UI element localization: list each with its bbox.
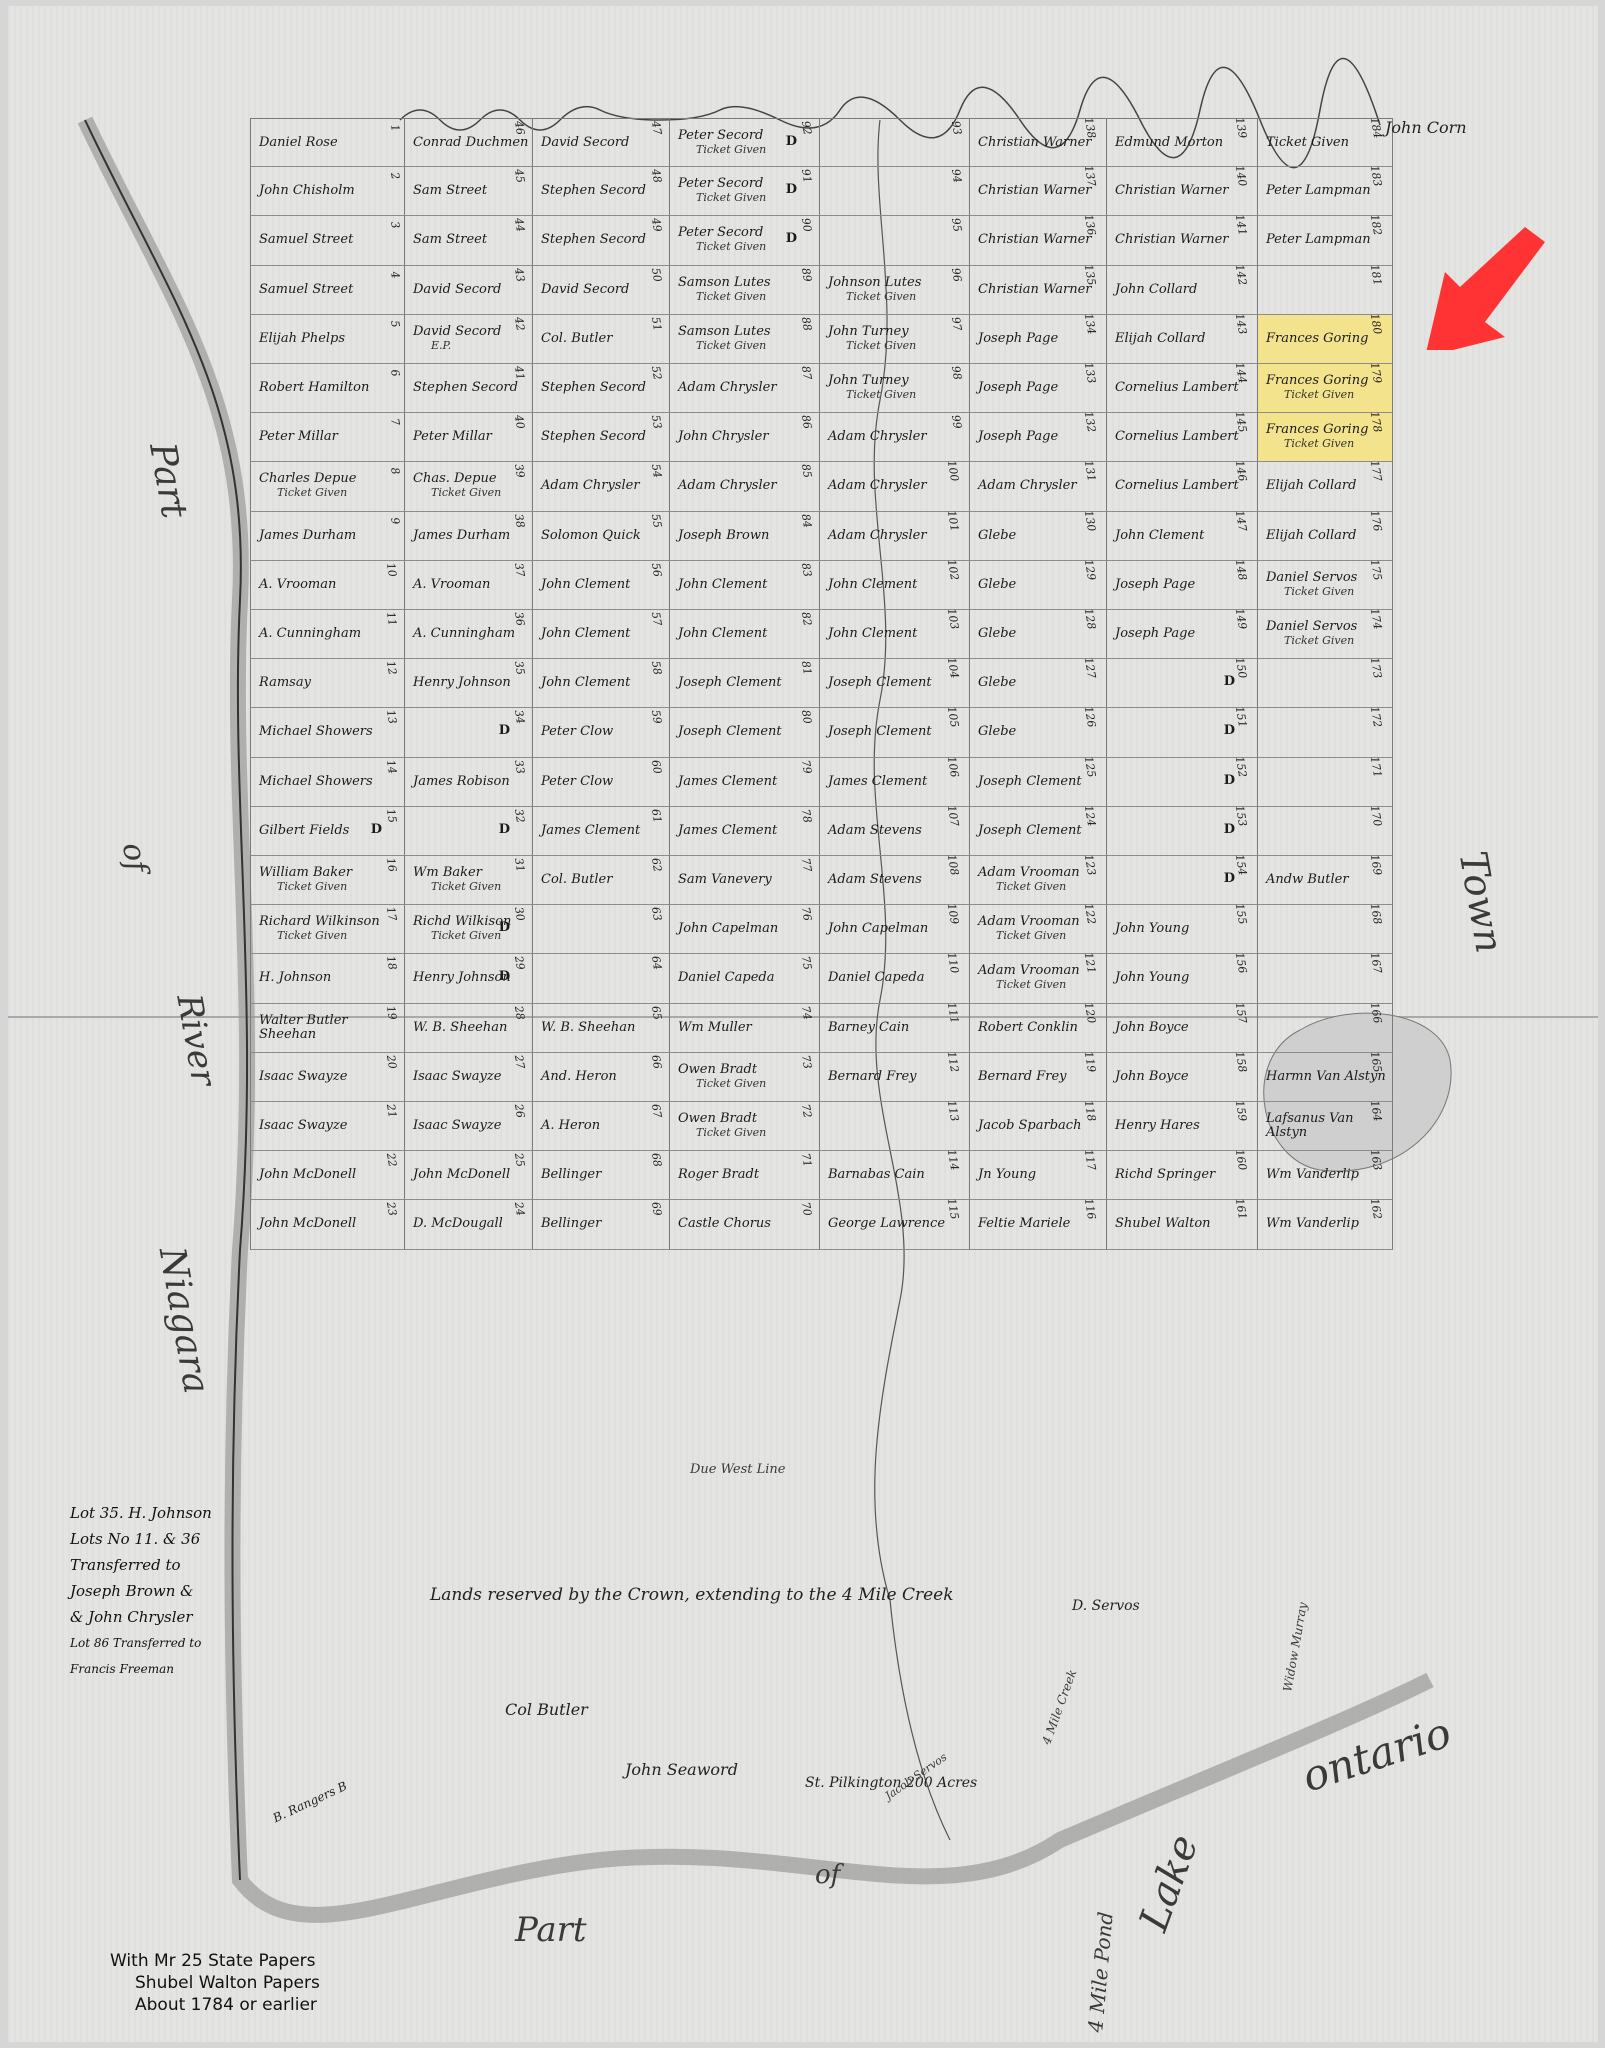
- lot-owner: Richard Wilkinson: [259, 915, 404, 929]
- lot-cell: 55Solomon Quick: [533, 512, 670, 561]
- lot-cell: 166: [1258, 1004, 1393, 1053]
- lot-cell: 22John McDonell: [250, 1151, 405, 1200]
- lot-cell: 21Isaac Swayze: [250, 1102, 405, 1151]
- lot-owner: Henry Johnson: [413, 971, 532, 985]
- lot-owner: Col. Butler: [541, 332, 669, 346]
- lot-cell: 156John Young: [1107, 954, 1258, 1003]
- lot-number: 137: [1081, 165, 1098, 188]
- lot-cell: 5Elijah Phelps: [250, 315, 405, 364]
- d-servos-label: D. Servos: [1072, 1598, 1140, 1614]
- lot-number: 134: [1081, 312, 1098, 335]
- lot-cell: 40Peter Millar: [405, 413, 533, 462]
- deed-mark: D: [1224, 774, 1235, 788]
- lot-number: 131: [1081, 460, 1098, 483]
- lot-number: 101: [944, 509, 961, 532]
- lot-owner: W. B. Sheehan: [541, 1021, 669, 1035]
- lot-note: Ticket Given: [678, 290, 819, 304]
- lot-owner: David Secord: [413, 283, 532, 297]
- lot-owner: Joseph Brown: [678, 529, 819, 543]
- lot-number: 139: [1232, 116, 1249, 139]
- lot-cell: 162Wm Vanderlip: [1258, 1200, 1393, 1249]
- lot-cell: 114Barnabas Cain: [820, 1151, 970, 1200]
- lot-number: 52: [648, 365, 664, 381]
- lot-number: 112: [944, 1050, 961, 1073]
- lot-number: 113: [944, 1099, 961, 1122]
- lot-cell: 93: [820, 118, 970, 167]
- lot-number: 54: [648, 463, 664, 479]
- lot-number: 127: [1081, 657, 1098, 680]
- lot-number: 35: [511, 660, 527, 676]
- lot-number: 29: [511, 955, 527, 971]
- lot-note: Ticket Given: [678, 1077, 819, 1091]
- lot-owner: John Clement: [678, 627, 819, 641]
- lot-number: 108: [944, 853, 961, 876]
- lot-owner: David Secord: [541, 283, 669, 297]
- lot-owner: Bellinger: [541, 1168, 669, 1182]
- lot-number: 88: [798, 316, 814, 332]
- lot-note: Ticket Given: [678, 143, 819, 157]
- red-arrow-icon: [1405, 220, 1555, 350]
- deed-mark: D: [499, 921, 510, 935]
- lot-owner: Samuel Street: [259, 283, 404, 297]
- lot-number: 128: [1081, 607, 1098, 630]
- lot-cell: 83John Clement: [670, 561, 820, 610]
- deed-mark: D: [786, 135, 797, 149]
- lot-cell: 145Cornelius Lambert: [1107, 413, 1258, 462]
- lot-number: 111: [944, 1001, 961, 1024]
- lot-number: 84: [798, 512, 814, 528]
- lot-number: 43: [511, 266, 527, 282]
- lot-cell: 116Feltie Mariele: [970, 1200, 1107, 1249]
- lot-number: 48: [648, 168, 664, 184]
- lot-cell: 72Owen BradtTicket Given: [670, 1102, 820, 1151]
- lot-number: 64: [648, 955, 664, 971]
- lot-cell: 12Ramsay: [250, 659, 405, 708]
- lot-cell: 172: [1258, 708, 1393, 757]
- lot-owner: John Chrysler: [678, 430, 819, 444]
- lot-owner: Sam Street: [413, 184, 532, 198]
- lot-number: 9: [387, 516, 402, 525]
- lot-cell: 29Henry JohnsonD: [405, 954, 533, 1003]
- lot-number: 60: [648, 758, 664, 774]
- lot-number: 162: [1367, 1198, 1384, 1221]
- lot-owner: James Clement: [541, 824, 669, 838]
- lot-number: 102: [944, 558, 961, 581]
- lot-number: 18: [383, 955, 399, 971]
- lot-cell: 17Richard WilkinsonTicket Given: [250, 905, 405, 954]
- lot-number: 70: [798, 1201, 814, 1217]
- lot-number: 171: [1367, 755, 1384, 778]
- lot-number: 7: [387, 418, 402, 427]
- lot-owner: James Durham: [259, 529, 404, 543]
- lot-cell: 20Isaac Swayze: [250, 1053, 405, 1102]
- lot-cell: 7Peter Millar: [250, 413, 405, 462]
- lot-number: 69: [648, 1201, 664, 1217]
- lot-cell: 77Sam Vanevery: [670, 856, 820, 905]
- lot-cell: 112Bernard Frey: [820, 1053, 970, 1102]
- lot-number: 19: [383, 1004, 399, 1020]
- lot-number: 57: [648, 611, 664, 627]
- lot-owner: Peter Secord: [678, 226, 819, 240]
- lot-number: 179: [1367, 361, 1384, 384]
- lot-owner: James Clement: [678, 824, 819, 838]
- lot-note: Ticket Given: [1266, 634, 1392, 648]
- lot-cell: 120Robert Conklin: [970, 1004, 1107, 1053]
- lot-number: 44: [511, 217, 527, 233]
- lot-number: 140: [1232, 165, 1249, 188]
- lot-owner: Roger Bradt: [678, 1168, 819, 1182]
- lot-note: Ticket Given: [1266, 437, 1392, 451]
- lot-note: Ticket Given: [828, 388, 969, 402]
- lot-cell: 64: [533, 954, 670, 1003]
- lot-cell: 49Stephen Secord: [533, 216, 670, 265]
- lot-number: 155: [1232, 903, 1249, 926]
- lot-cell: 67A. Heron: [533, 1102, 670, 1151]
- lot-note: Ticket Given: [413, 486, 532, 500]
- lot-cell: 56John Clement: [533, 561, 670, 610]
- lot-number: 138: [1081, 116, 1098, 139]
- lot-cell: 161Shubel Walton: [1107, 1200, 1258, 1249]
- lot-cell: 125Joseph Clement: [970, 758, 1107, 807]
- lot-number: 174: [1367, 607, 1384, 630]
- lot-owner: Conrad Duchmen: [413, 136, 532, 150]
- lot-cell: 142John Collard: [1107, 266, 1258, 315]
- lot-cell: 71Roger Bradt: [670, 1151, 820, 1200]
- lot-owner: A. Vrooman: [259, 578, 404, 592]
- lot-cell: 87Adam Chrysler: [670, 364, 820, 413]
- lot-cell: 76John Capelman: [670, 905, 820, 954]
- lot-number: 46: [511, 120, 527, 136]
- lot-number: 75: [798, 955, 814, 971]
- lot-note: Ticket Given: [259, 929, 404, 943]
- lot-owner: Michael Showers: [259, 775, 404, 789]
- lot-number: 99: [948, 414, 964, 430]
- lot-number: 34: [511, 709, 527, 725]
- lot-owner: Peter Clow: [541, 775, 669, 789]
- lot-number: 78: [798, 808, 814, 824]
- lot-cell: 128Glebe: [970, 610, 1107, 659]
- lot-cell: 100Adam Chrysler: [820, 462, 970, 511]
- archive-note: With Mr 25 State Papers Shubel Walton Pa…: [110, 1950, 320, 2016]
- lot-owner: Peter Clow: [541, 725, 669, 739]
- lot-number: 24: [511, 1201, 527, 1217]
- lot-owner: John Clement: [541, 578, 669, 592]
- lot-cell: 60Peter Clow: [533, 758, 670, 807]
- lot-number: 73: [798, 1054, 814, 1070]
- lot-cell: 133Joseph Page: [970, 364, 1107, 413]
- lot-number: 76: [798, 906, 814, 922]
- lot-number: 107: [944, 804, 961, 827]
- lot-number: 59: [648, 709, 664, 725]
- lot-number: 183: [1367, 165, 1384, 188]
- lot-owner: John McDonell: [259, 1168, 404, 1182]
- lot-cell: 173: [1258, 659, 1393, 708]
- lot-number: 173: [1367, 657, 1384, 680]
- lot-number: 95: [948, 217, 964, 233]
- lot-number: 58: [648, 660, 664, 676]
- lot-cell: 32D: [405, 807, 533, 856]
- lot-number: 90: [798, 217, 814, 233]
- lot-note: Ticket Given: [978, 880, 1106, 894]
- lot-cell: 109John Capelman: [820, 905, 970, 954]
- lot-note: Ticket Given: [678, 1126, 819, 1140]
- lot-cell: 63: [533, 905, 670, 954]
- lot-cell: 143Elijah Collard: [1107, 315, 1258, 364]
- deed-mark: D: [1224, 675, 1235, 689]
- lot-cell: 158John Boyce: [1107, 1053, 1258, 1102]
- lot-number: 110: [944, 952, 961, 975]
- lot-cell: 181: [1258, 266, 1393, 315]
- lot-cell: 111Barney Cain: [820, 1004, 970, 1053]
- lot-number: 98: [948, 365, 964, 381]
- lot-cell: 106James Clement: [820, 758, 970, 807]
- lot-number: 68: [648, 1152, 664, 1168]
- lot-number: 53: [648, 414, 664, 430]
- lot-cell: 170: [1258, 807, 1393, 856]
- lot-cell: 74Wm Muller: [670, 1004, 820, 1053]
- lot-number: 97: [948, 316, 964, 332]
- lot-cell: 132Joseph Page: [970, 413, 1107, 462]
- lot-cell: 175Daniel ServosTicket Given: [1258, 561, 1393, 610]
- lot-number: 120: [1081, 1001, 1098, 1024]
- lot-cell: 34D: [405, 708, 533, 757]
- lot-cell: 154D: [1107, 856, 1258, 905]
- lot-owner: Samson Lutes: [678, 325, 819, 339]
- lot-cell: 178Frances GoringTicket Given: [1258, 413, 1393, 462]
- lot-number: 36: [511, 611, 527, 627]
- lot-note: Ticket Given: [828, 290, 969, 304]
- lot-number: 145: [1232, 411, 1249, 434]
- lot-owner: Johnson Lutes: [828, 276, 969, 290]
- lot-cell: 70Castle Chorus: [670, 1200, 820, 1249]
- lot-cell: 41Stephen Secord: [405, 364, 533, 413]
- lot-cell: 59Peter Clow: [533, 708, 670, 757]
- lot-number: 23: [383, 1201, 399, 1217]
- lot-cell: 165Harmn Van Alstyn: [1258, 1053, 1393, 1102]
- lot-cell: 141Christian Warner: [1107, 216, 1258, 265]
- lot-number: 21: [383, 1103, 399, 1119]
- lot-number: 167: [1367, 952, 1384, 975]
- lot-cell: 16William BakerTicket Given: [250, 856, 405, 905]
- lot-number: 123: [1081, 853, 1098, 876]
- lot-cell: 169Andw Butler: [1258, 856, 1393, 905]
- lot-number: 143: [1232, 312, 1249, 335]
- lot-note: Ticket Given: [1266, 585, 1392, 599]
- lot-cell: 66And. Heron: [533, 1053, 670, 1102]
- lot-cell: 85Adam Chrysler: [670, 462, 820, 511]
- lot-number: 146: [1232, 460, 1249, 483]
- lot-cell: 118Jacob Sparbach: [970, 1102, 1107, 1151]
- deed-mark: D: [499, 823, 510, 837]
- lot-owner: Ramsay: [259, 676, 404, 690]
- lot-number: 13: [383, 709, 399, 725]
- lot-cell: 160Richd Springer: [1107, 1151, 1258, 1200]
- lot-number: 180: [1367, 312, 1384, 335]
- lot-number: 182: [1367, 214, 1384, 237]
- lot-number: 170: [1367, 804, 1384, 827]
- lot-cell: 50David Secord: [533, 266, 670, 315]
- lot-cell: 126Glebe: [970, 708, 1107, 757]
- lot-number: 106: [944, 755, 961, 778]
- lot-owner: John McDonell: [259, 1217, 404, 1231]
- lot-cell: 51Col. Butler: [533, 315, 670, 364]
- lot-owner: David Secord: [541, 136, 669, 150]
- lot-number: 91: [798, 168, 814, 184]
- lot-number: 14: [383, 758, 399, 774]
- lot-number: 62: [648, 857, 664, 873]
- lot-cell: 182Peter Lampman: [1258, 216, 1393, 265]
- lot-cell: 179Frances GoringTicket Given: [1258, 364, 1393, 413]
- lot-owner: James Clement: [678, 775, 819, 789]
- lot-cell: 81Joseph Clement: [670, 659, 820, 708]
- lot-owner: John Turney: [828, 325, 969, 339]
- lot-cell: 144Cornelius Lambert: [1107, 364, 1258, 413]
- lot-cell: 36A. Cunningham: [405, 610, 533, 659]
- lot-cell: 124Joseph Clement: [970, 807, 1107, 856]
- lot-owner: Michael Showers: [259, 725, 404, 739]
- lot-cell: 33James Robison: [405, 758, 533, 807]
- lot-cell: 78James Clement: [670, 807, 820, 856]
- lot-number: 86: [798, 414, 814, 430]
- lot-number: 28: [511, 1004, 527, 1020]
- lot-cell: 11A. Cunningham: [250, 610, 405, 659]
- lot-cell: 164Lafsanus Van Alstyn: [1258, 1102, 1393, 1151]
- lot-owner: Elijah Phelps: [259, 332, 404, 346]
- lot-number: 96: [948, 266, 964, 282]
- lot-number: 41: [511, 365, 527, 381]
- lot-cell: 163Wm Vanderlip: [1258, 1151, 1393, 1200]
- lot-number: 31: [511, 857, 527, 873]
- lot-cell: 53Stephen Secord: [533, 413, 670, 462]
- crown-lands-label: Lands reserved by the Crown, extending t…: [430, 1585, 954, 1605]
- lot-number: 141: [1232, 214, 1249, 237]
- lot-cell: 171: [1258, 758, 1393, 807]
- lot-cell: 167: [1258, 954, 1393, 1003]
- lot-number: 32: [511, 808, 527, 824]
- lot-cell: 39Chas. DepueTicket Given: [405, 462, 533, 511]
- lot-cell: 84Joseph Brown: [670, 512, 820, 561]
- lot-note: Ticket Given: [678, 240, 819, 254]
- lot-cell: 168: [1258, 905, 1393, 954]
- lot-owner: Gilbert Fields: [259, 824, 404, 838]
- lot-number: 17: [383, 906, 399, 922]
- lot-number: 122: [1081, 903, 1098, 926]
- lot-owner: Stephen Secord: [541, 233, 669, 247]
- lot-cell: 99Adam Chrysler: [820, 413, 970, 462]
- lot-cell: 1Daniel Rose: [250, 118, 405, 167]
- lot-owner: Castle Chorus: [678, 1217, 819, 1231]
- lot-owner: Peter Millar: [259, 430, 404, 444]
- lot-cell: 90Peter SecordTicket GivenD: [670, 216, 820, 265]
- lot-cell: 38James Durham: [405, 512, 533, 561]
- lot-cell: 95: [820, 216, 970, 265]
- lot-number: 177: [1367, 460, 1384, 483]
- deed-mark: D: [1224, 724, 1235, 738]
- lot-number: 47: [648, 120, 664, 136]
- lot-owner: Samuel Street: [259, 233, 404, 247]
- lot-cell: 97John TurneyTicket Given: [820, 315, 970, 364]
- lot-cell: 61James Clement: [533, 807, 670, 856]
- lot-cell: 8Charles DepueTicket Given: [250, 462, 405, 511]
- lot-cell: 123Adam VroomanTicket Given: [970, 856, 1107, 905]
- lot-note: Ticket Given: [1266, 388, 1392, 402]
- lot-number: 55: [648, 512, 664, 528]
- deed-mark: D: [786, 183, 797, 197]
- lot-cell: 82John Clement: [670, 610, 820, 659]
- lot-owner: Daniel Capeda: [678, 971, 819, 985]
- lot-cell: 151D: [1107, 708, 1258, 757]
- lot-number: 105: [944, 706, 961, 729]
- lot-cell: 88Samson LutesTicket Given: [670, 315, 820, 364]
- lot-number: 148: [1232, 558, 1249, 581]
- lot-number: 126: [1081, 706, 1098, 729]
- lot-note: Ticket Given: [413, 880, 532, 894]
- lot-number: 158: [1232, 1050, 1249, 1073]
- lot-cell: 37A. Vrooman: [405, 561, 533, 610]
- lot-number: 184: [1367, 116, 1384, 139]
- lot-cell: 28W. B. Sheehan: [405, 1004, 533, 1053]
- lot-cell: 19Walter Butler Sheehan: [250, 1004, 405, 1053]
- lot-cell: 13Michael Showers: [250, 708, 405, 757]
- lot-number: 33: [511, 758, 527, 774]
- lot-number: 136: [1081, 214, 1098, 237]
- lot-cell: 137Christian Warner: [970, 167, 1107, 216]
- lot-cell: 46Conrad Duchmen: [405, 118, 533, 167]
- lot-number: 117: [1081, 1149, 1098, 1172]
- lot-cell: 43David Secord: [405, 266, 533, 315]
- lot-number: 39: [511, 463, 527, 479]
- lot-cell: 127Glebe: [970, 659, 1107, 708]
- lot-number: 121: [1081, 952, 1098, 975]
- lot-cell: 69Bellinger: [533, 1200, 670, 1249]
- lot-number: 165: [1367, 1050, 1384, 1073]
- lot-number: 156: [1232, 952, 1249, 975]
- lot-owner: James Durham: [413, 529, 532, 543]
- lot-number: 12: [383, 660, 399, 676]
- lot-number: 164: [1367, 1099, 1384, 1122]
- lot-number: 109: [944, 903, 961, 926]
- lot-owner: Peter Millar: [413, 430, 532, 444]
- lot-owner: Robert Hamilton: [259, 381, 404, 395]
- lot-owner: Stephen Secord: [541, 430, 669, 444]
- lot-cell: 18H. Johnson: [250, 954, 405, 1003]
- lot-note: Ticket Given: [678, 191, 819, 205]
- lot-cell: 94: [820, 167, 970, 216]
- lot-cell: 4Samuel Street: [250, 266, 405, 315]
- lot-cell: 119Bernard Frey: [970, 1053, 1107, 1102]
- lot-owner: James Robison: [413, 775, 532, 789]
- lot-number: 77: [798, 857, 814, 873]
- lot-number: 56: [648, 562, 664, 578]
- lot-cell: 47David Secord: [533, 118, 670, 167]
- lot-number: 181: [1367, 263, 1384, 286]
- lot-number: 144: [1232, 361, 1249, 384]
- lot-number: 74: [798, 1004, 814, 1020]
- lot-number: 72: [798, 1103, 814, 1119]
- lot-owner: Wm Muller: [678, 1021, 819, 1035]
- river-label-of: of: [115, 840, 155, 875]
- lot-owner: Charles Depue: [259, 472, 404, 486]
- lot-cell: 35Henry Johnson: [405, 659, 533, 708]
- lot-number: 163: [1367, 1149, 1384, 1172]
- lot-note: Ticket Given: [413, 929, 532, 943]
- lot-owner: John Turney: [828, 374, 969, 388]
- lot-number: 49: [648, 217, 664, 233]
- lot-owner: Henry Johnson: [413, 676, 532, 690]
- lot-number: 42: [511, 316, 527, 332]
- lot-owner: And. Heron: [541, 1070, 669, 1084]
- lot-number: 30: [511, 906, 527, 922]
